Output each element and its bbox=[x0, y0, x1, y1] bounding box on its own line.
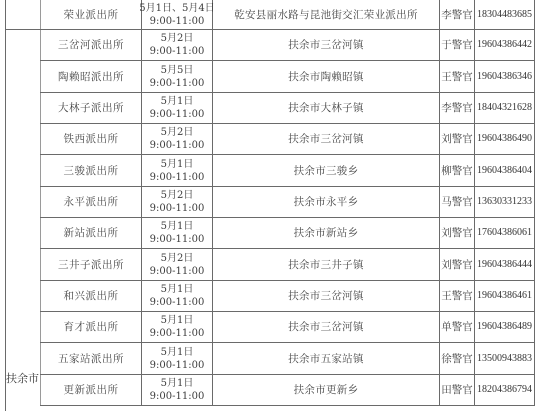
phone-number: 13630331233 bbox=[475, 187, 534, 217]
schedule-date: 5月1日 bbox=[161, 95, 194, 108]
schedule-time: 9:00-11:00 bbox=[150, 108, 205, 121]
phone-number: 19604386404 bbox=[475, 155, 534, 186]
schedule: 5月1日9:00-11:00 bbox=[142, 343, 212, 374]
phone-number: 18404321628 bbox=[475, 93, 534, 123]
schedule: 5月1日9:00-11:00 bbox=[142, 93, 212, 123]
officer-name: 刘警官 bbox=[440, 124, 474, 154]
schedule-time: 9:00-11:00 bbox=[150, 296, 205, 309]
address: 扶余市新站乡 bbox=[213, 218, 439, 248]
station-name: 铁西派出所 bbox=[41, 124, 141, 154]
schedule: 5月1日、5月4日9:00-11:00 bbox=[142, 0, 212, 29]
phone-number: 19604386461 bbox=[475, 281, 534, 311]
phone-number: 13500943883 bbox=[475, 343, 534, 374]
schedule-date: 5月1日 bbox=[161, 314, 194, 327]
station-name: 永平派出所 bbox=[41, 187, 141, 217]
schedule-date: 5月2日 bbox=[161, 126, 194, 139]
officer-name: 王警官 bbox=[440, 281, 474, 311]
address: 扶余市五家站镇 bbox=[213, 343, 439, 374]
phone-number: 19604386489 bbox=[475, 312, 534, 342]
schedule-time: 9:00-11:00 bbox=[150, 265, 205, 278]
schedule: 5月1日9:00-11:00 bbox=[142, 375, 212, 405]
station-name: 和兴派出所 bbox=[41, 281, 141, 311]
station-name: 三岔河派出所 bbox=[41, 30, 141, 60]
row-divider bbox=[40, 405, 534, 406]
schedule: 5月1日9:00-11:00 bbox=[142, 312, 212, 342]
schedule-time: 9:00-11:00 bbox=[150, 327, 205, 340]
schedule-date: 5月1日、5月4日 bbox=[139, 2, 214, 15]
phone-number: 19604386442 bbox=[475, 30, 534, 60]
schedule-time: 9:00-11:00 bbox=[150, 45, 205, 58]
phone-number: 19604386490 bbox=[475, 124, 534, 154]
schedule-date: 5月1日 bbox=[161, 283, 194, 296]
schedule: 5月2日9:00-11:00 bbox=[142, 249, 212, 280]
station-name: 育才派出所 bbox=[41, 312, 141, 342]
schedule: 5月2日9:00-11:00 bbox=[142, 124, 212, 154]
phone-number: 19604386346 bbox=[475, 61, 534, 92]
address: 扶余市永平乡 bbox=[213, 187, 439, 217]
officer-name: 柳警官 bbox=[440, 155, 474, 186]
station-name: 三骏派出所 bbox=[41, 155, 141, 186]
officer-name: 田警官 bbox=[440, 375, 474, 405]
address: 扶余市三岔河镇 bbox=[213, 281, 439, 311]
officer-name: 刘警官 bbox=[440, 249, 474, 280]
schedule-time: 9:00-11:00 bbox=[150, 139, 205, 152]
schedule-time: 9:00-11:00 bbox=[150, 15, 205, 28]
address: 扶余市三岔河镇 bbox=[213, 30, 439, 60]
schedule-date: 5月1日 bbox=[161, 220, 194, 233]
schedule-date: 5月2日 bbox=[161, 32, 194, 45]
border-left bbox=[5, 0, 6, 411]
officer-name: 李警官 bbox=[440, 0, 474, 29]
officer-name: 单警官 bbox=[440, 312, 474, 342]
officer-name: 于警官 bbox=[440, 30, 474, 60]
officer-name: 王警官 bbox=[440, 61, 474, 92]
address: 扶余市三骏乡 bbox=[213, 155, 439, 186]
schedule-time: 9:00-11:00 bbox=[150, 359, 205, 372]
station-name: 大林子派出所 bbox=[41, 93, 141, 123]
schedule: 5月2日9:00-11:00 bbox=[142, 187, 212, 217]
address: 扶余市陶赖昭镇 bbox=[213, 61, 439, 92]
phone-number: 18204386794 bbox=[475, 375, 534, 405]
schedule: 5月2日9:00-11:00 bbox=[142, 30, 212, 60]
station-name: 新站派出所 bbox=[41, 218, 141, 248]
officer-name: 马警官 bbox=[440, 187, 474, 217]
schedule-date: 5月1日 bbox=[161, 346, 194, 359]
address: 扶余市更新乡 bbox=[213, 375, 439, 405]
schedule-time: 9:00-11:00 bbox=[150, 202, 205, 215]
officer-name: 徐警官 bbox=[440, 343, 474, 374]
schedule: 5月1日9:00-11:00 bbox=[142, 155, 212, 186]
station-name: 荣业派出所 bbox=[41, 0, 141, 29]
address: 乾安县丽水路与昆池街交汇荣业派出所 bbox=[213, 0, 439, 29]
phone-number: 19604386444 bbox=[475, 249, 534, 280]
schedule-date: 5月2日 bbox=[161, 252, 194, 265]
schedule: 5月1日9:00-11:00 bbox=[142, 218, 212, 248]
station-name: 三井子派出所 bbox=[41, 249, 141, 280]
officer-name: 刘警官 bbox=[440, 218, 474, 248]
city-label: 扶余市 bbox=[5, 368, 40, 388]
police-station-schedule-table: 荣业派出所5月1日、5月4日9:00-11:00乾安县丽水路与昆池街交汇荣业派出… bbox=[0, 0, 542, 411]
address: 扶余市三岔河镇 bbox=[213, 312, 439, 342]
officer-name: 李警官 bbox=[440, 93, 474, 123]
address: 扶余市三井子镇 bbox=[213, 249, 439, 280]
address: 扶余市大林子镇 bbox=[213, 93, 439, 123]
schedule: 5月1日9:00-11:00 bbox=[142, 281, 212, 311]
address: 扶余市三岔河镇 bbox=[213, 124, 439, 154]
column-divider bbox=[534, 0, 535, 406]
station-name: 五家站派出所 bbox=[41, 343, 141, 374]
schedule-time: 9:00-11:00 bbox=[150, 77, 205, 90]
phone-number: 17604386061 bbox=[475, 218, 534, 248]
schedule-time: 9:00-11:00 bbox=[150, 171, 205, 184]
schedule-date: 5月2日 bbox=[161, 189, 194, 202]
schedule-date: 5月1日 bbox=[161, 377, 194, 390]
schedule-date: 5月1日 bbox=[161, 158, 194, 171]
phone-number: 18304483685 bbox=[475, 0, 534, 29]
schedule: 5月5日9:00-11:00 bbox=[142, 61, 212, 92]
schedule-time: 9:00-11:00 bbox=[150, 390, 205, 403]
schedule-date: 5月5日 bbox=[161, 64, 194, 77]
schedule-time: 9:00-11:00 bbox=[150, 233, 205, 246]
station-name: 陶赖昭派出所 bbox=[41, 61, 141, 92]
station-name: 更新派出所 bbox=[41, 375, 141, 405]
